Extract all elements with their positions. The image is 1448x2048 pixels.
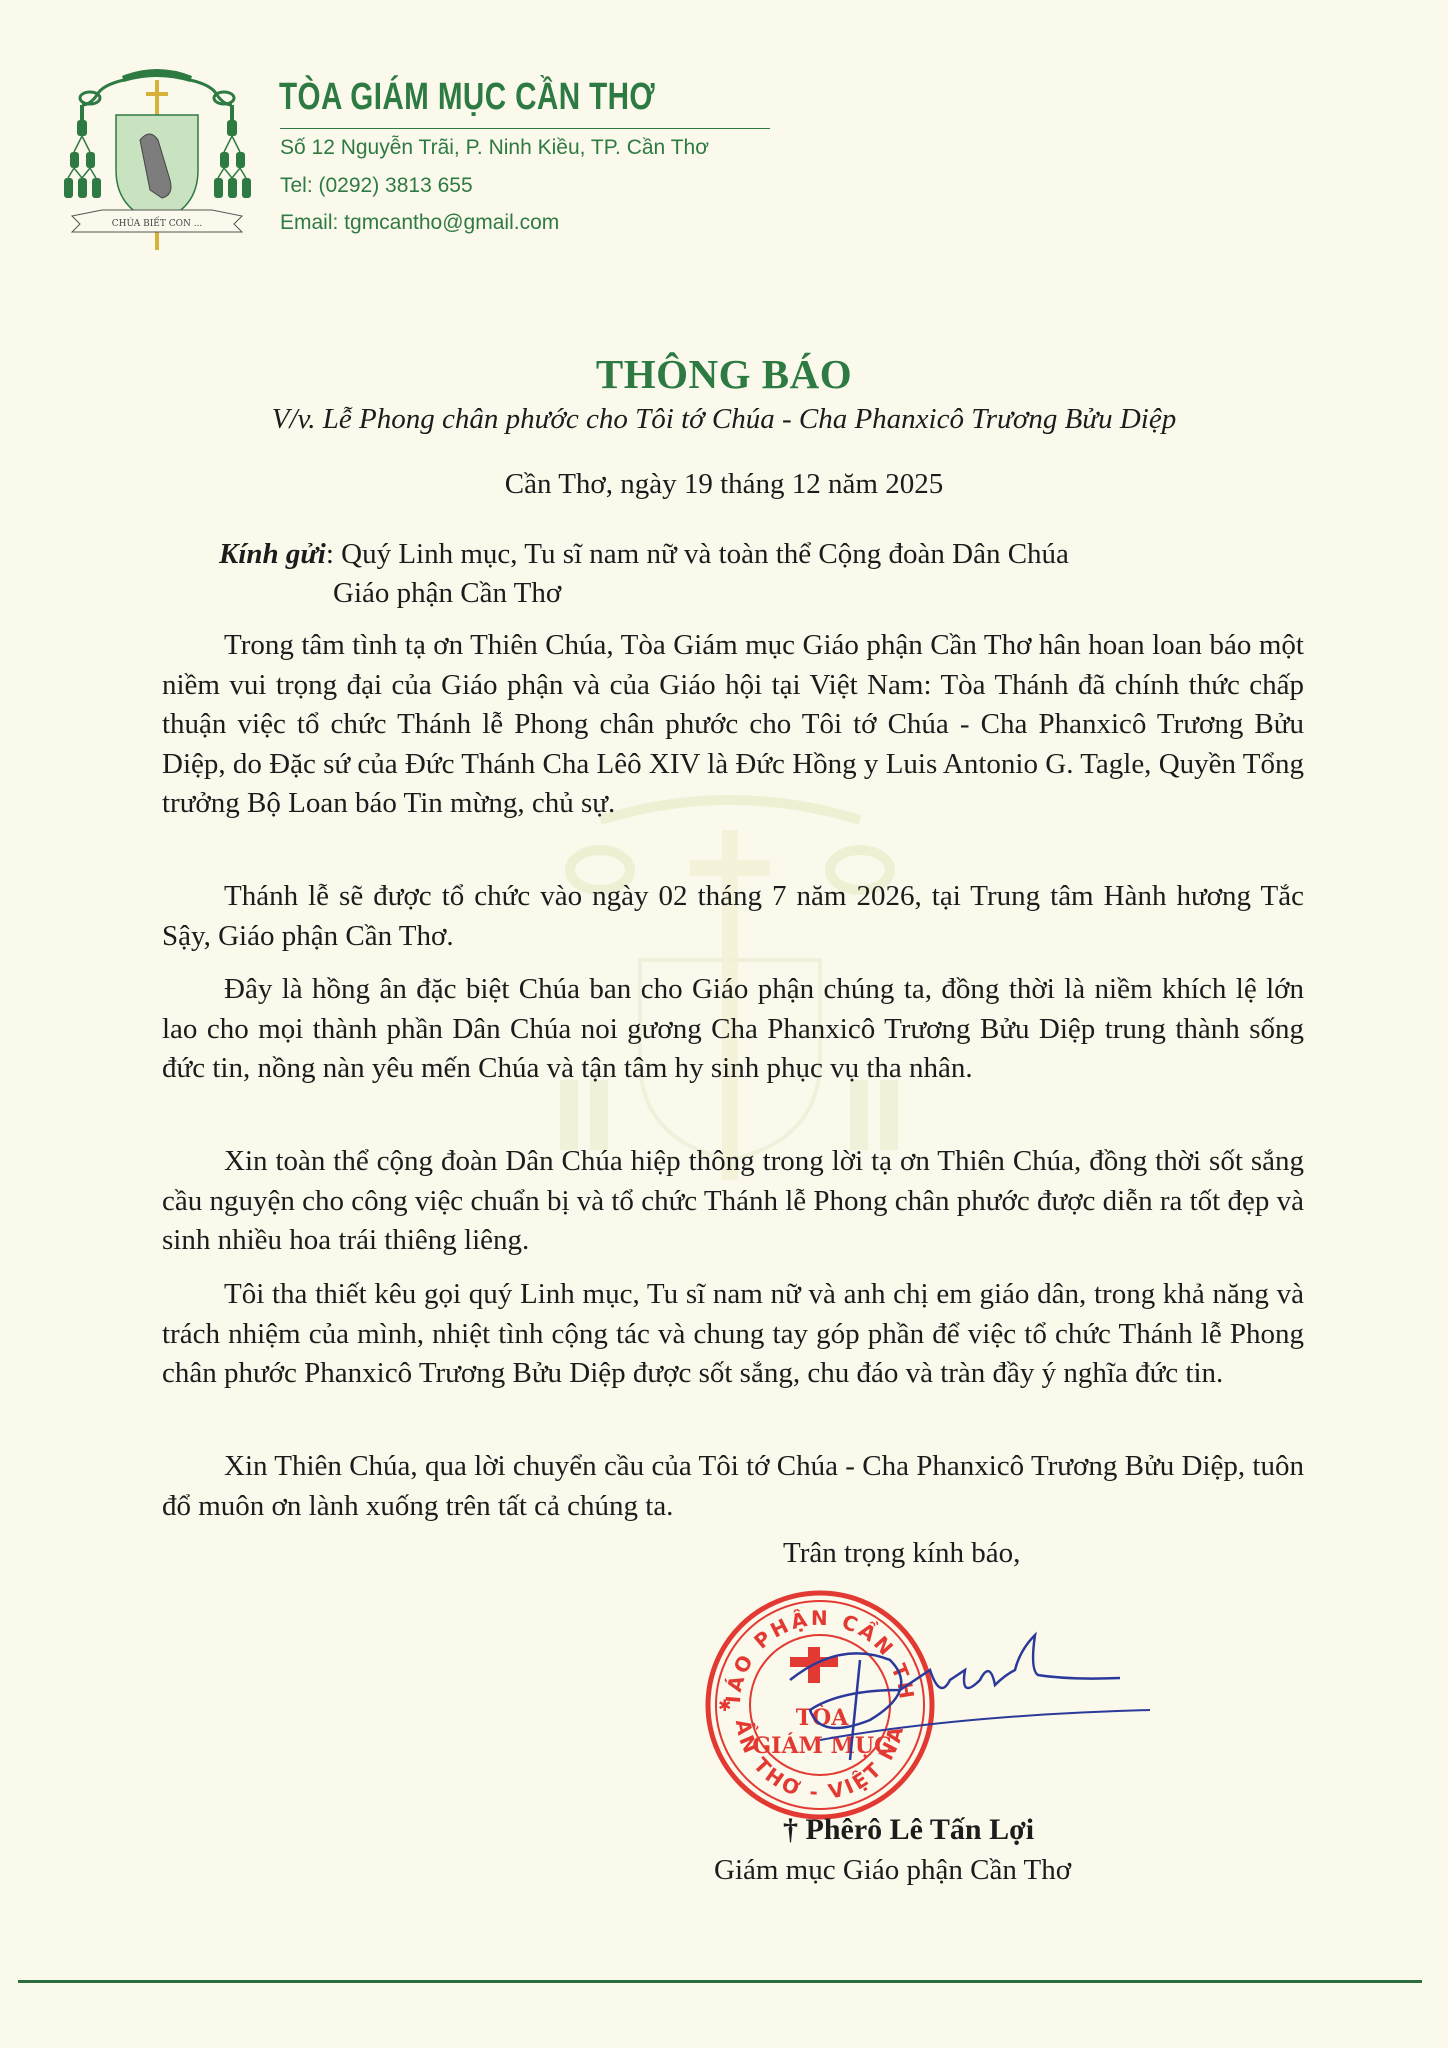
body-paragraph: Trong tâm tình tạ ơn Thiên Chúa, Tòa Giá… bbox=[162, 626, 1304, 824]
recipient-label: Kính gửi bbox=[219, 538, 326, 570]
coat-of-arms-icon: CHÚA BIẾT CON ... bbox=[62, 60, 252, 250]
document-title: THÔNG BÁO bbox=[0, 350, 1448, 398]
recipient-line-2: Giáo phận Cần Thơ bbox=[219, 574, 1259, 613]
body-paragraph: Đây là hồng ân đặc biệt Chúa ban cho Giá… bbox=[162, 970, 1304, 1089]
letterhead-divider bbox=[280, 128, 770, 129]
email-link[interactable]: Email: tgmcantho@gmail.com bbox=[280, 211, 559, 235]
address: Số 12 Nguyễn Trãi, P. Ninh Kiều, TP. Cần… bbox=[280, 136, 709, 160]
paragraph-text: Xin toàn thể cộng đoàn Dân Chúa hiệp thô… bbox=[162, 1142, 1304, 1261]
dateline: Cần Thơ, ngày 19 tháng 12 năm 2025 bbox=[0, 468, 1448, 501]
paragraph-text: Thánh lễ sẽ được tổ chức vào ngày 02 thá… bbox=[162, 877, 1304, 956]
body-paragraph: Thánh lễ sẽ được tổ chức vào ngày 02 thá… bbox=[162, 877, 1304, 956]
document-subject: V/v. Lễ Phong chân phước cho Tôi tớ Chúa… bbox=[0, 403, 1448, 436]
signature-icon bbox=[780, 1630, 1160, 1770]
body-paragraph: Xin toàn thể cộng đoàn Dân Chúa hiệp thô… bbox=[162, 1142, 1304, 1261]
signer-title: Giám mục Giáo phận Cần Thơ bbox=[714, 1854, 1071, 1887]
closing-salutation: Trân trọng kính báo, bbox=[783, 1537, 1020, 1570]
recipient-line-1: : Quý Linh mục, Tu sĩ nam nữ và toàn thể… bbox=[326, 538, 1069, 570]
paragraph-text: Đây là hồng ân đặc biệt Chúa ban cho Giá… bbox=[162, 970, 1304, 1089]
footer-divider bbox=[18, 1980, 1422, 1983]
paragraph-text: Tôi tha thiết kêu gọi quý Linh mục, Tu s… bbox=[162, 1275, 1304, 1394]
body-paragraph: Tôi tha thiết kêu gọi quý Linh mục, Tu s… bbox=[162, 1275, 1304, 1394]
letter-page: CHÚA BIẾT CON ... TÒA GIÁM MỤC CẦN THƠ S… bbox=[0, 0, 1448, 2048]
signer-name: † Phêrô Lê Tấn Lợi bbox=[783, 1813, 1034, 1847]
svg-text:✱: ✱ bbox=[718, 1698, 731, 1715]
phone: Tel: (0292) 3813 655 bbox=[280, 174, 473, 198]
paragraph-text: Trong tâm tình tạ ơn Thiên Chúa, Tòa Giá… bbox=[162, 626, 1304, 824]
organization-name: TÒA GIÁM MỤC CẦN THƠ bbox=[279, 76, 655, 119]
body-paragraph: Xin Thiên Chúa, qua lời chuyển cầu của T… bbox=[162, 1447, 1304, 1526]
paragraph-text: Xin Thiên Chúa, qua lời chuyển cầu của T… bbox=[162, 1447, 1304, 1526]
recipient-block: Kính gửi: Quý Linh mục, Tu sĩ nam nữ và … bbox=[219, 535, 1259, 613]
